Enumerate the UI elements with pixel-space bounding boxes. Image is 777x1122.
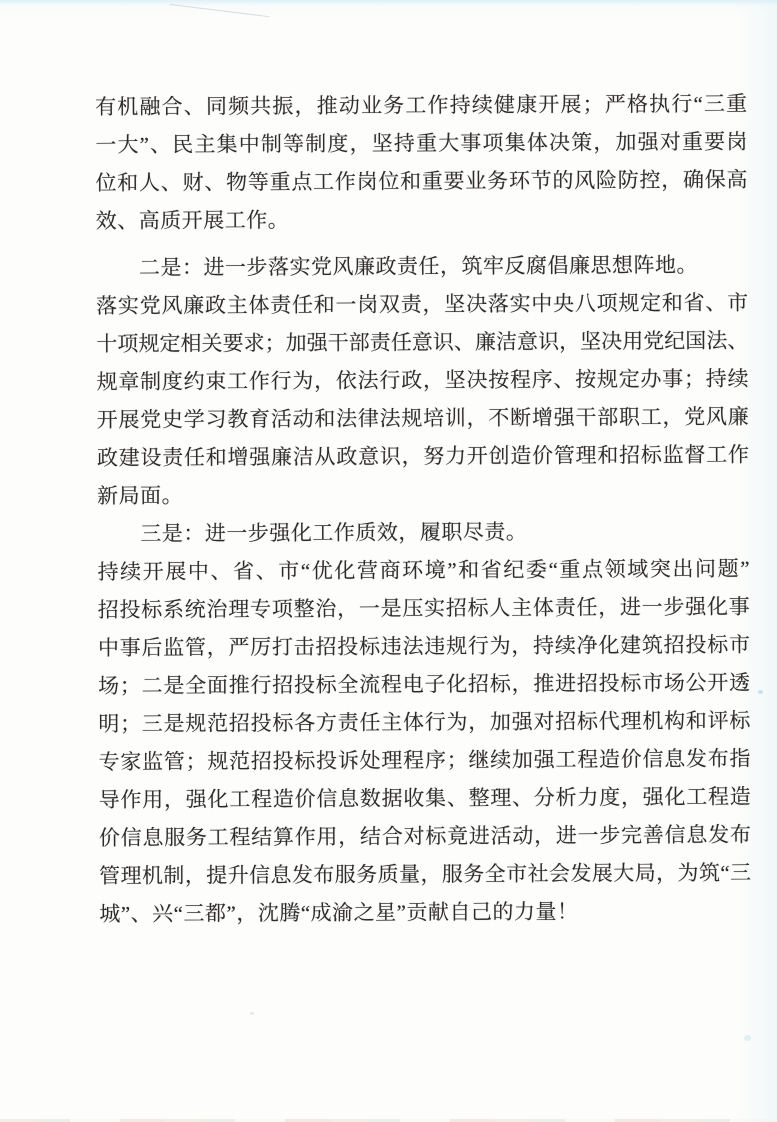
text-line: 价信息服务工程结算作用，结合对标竟进活动，进一步完善信息发布 xyxy=(99,816,751,857)
scan-crease-line xyxy=(170,4,269,17)
text-line: 专家监管；规范招投标投诉处理程序；继续加强工程造价信息发布指 xyxy=(98,740,750,781)
text-line: 开展党史学习教育活动和法律法规培训，不断增强干部职工，党风廉 xyxy=(97,398,749,439)
text-line: 城”、兴“三都”，沈腾“成渝之星”贡献自己的力量！ xyxy=(99,892,751,933)
scan-speck xyxy=(744,1035,751,1041)
text-line: 管理机制，提升信息发布服务质量，服务全市社会发展大局，为筑“三 xyxy=(99,854,751,895)
text-line: 招投标系统治理专项整治，一是压实招标人主体责任，进一步强化事 xyxy=(98,588,750,629)
text-line: 导作用，强化工程造价信息数据收集、整理、分析力度，强化工程造 xyxy=(99,778,751,819)
scan-speck xyxy=(250,1012,254,1015)
text-line: 一大”、民主集中制等制度，坚持重大事项集体决策，加强对重要岗 xyxy=(95,123,747,164)
text-line: 位和人、财、物等重点工作岗位和重要业务环节的风险防控，确保高 xyxy=(95,161,747,202)
text-line: 落实党风廉政主体责任和一岗双责，坚决落实中央八项规定和省、市 xyxy=(96,284,748,325)
text-line: 持续开展中、省、市“优化营商环境”和省纪委“重点领域突出问题” xyxy=(97,550,749,591)
text-line: 有机融合、同频共振，推动业务工作持续健康开展；严格执行“三重 xyxy=(95,85,747,126)
text-line: 场；二是全面推行招投标全流程电子化招标，推进招投标市场公开透 xyxy=(98,664,750,705)
scan-speck xyxy=(758,690,763,694)
text-line: 效、高质开展工作。 xyxy=(96,199,748,240)
text-line: 明；三是规范招投标各方责任主体行为，加强对招标代理机构和评标 xyxy=(98,702,750,743)
text-line: 十项规定相关要求；加强干部责任意识、廉洁意识，坚决用党纪国法、 xyxy=(96,322,748,363)
document-text-block: 有机融合、同频共振，推动业务工作持续健康开展；严格执行“三重一大”、民主集中制等… xyxy=(95,85,751,933)
text-line: 二是：进一步落实党风廉政责任，筑牢反腐倡廉思想阵地。 xyxy=(96,246,748,287)
document-page: 有机融合、同频共振，推动业务工作持续健康开展；严格执行“三重一大”、民主集中制等… xyxy=(0,0,777,1122)
text-line: 政建设责任和增强廉洁从政意识，努力开创造价管理和招标监督工作 xyxy=(97,436,749,477)
text-line: 中事后监管，严厉打击招投标违法违规行为，持续净化建筑招投标市 xyxy=(98,626,750,667)
text-line: 规章制度约束工作行为，依法行政，坚决按程序、按规定办事；持续 xyxy=(96,360,748,401)
text-line: 三是：进一步强化工作质效，履职尽责。 xyxy=(97,512,749,553)
text-line: 新局面。 xyxy=(97,474,749,515)
